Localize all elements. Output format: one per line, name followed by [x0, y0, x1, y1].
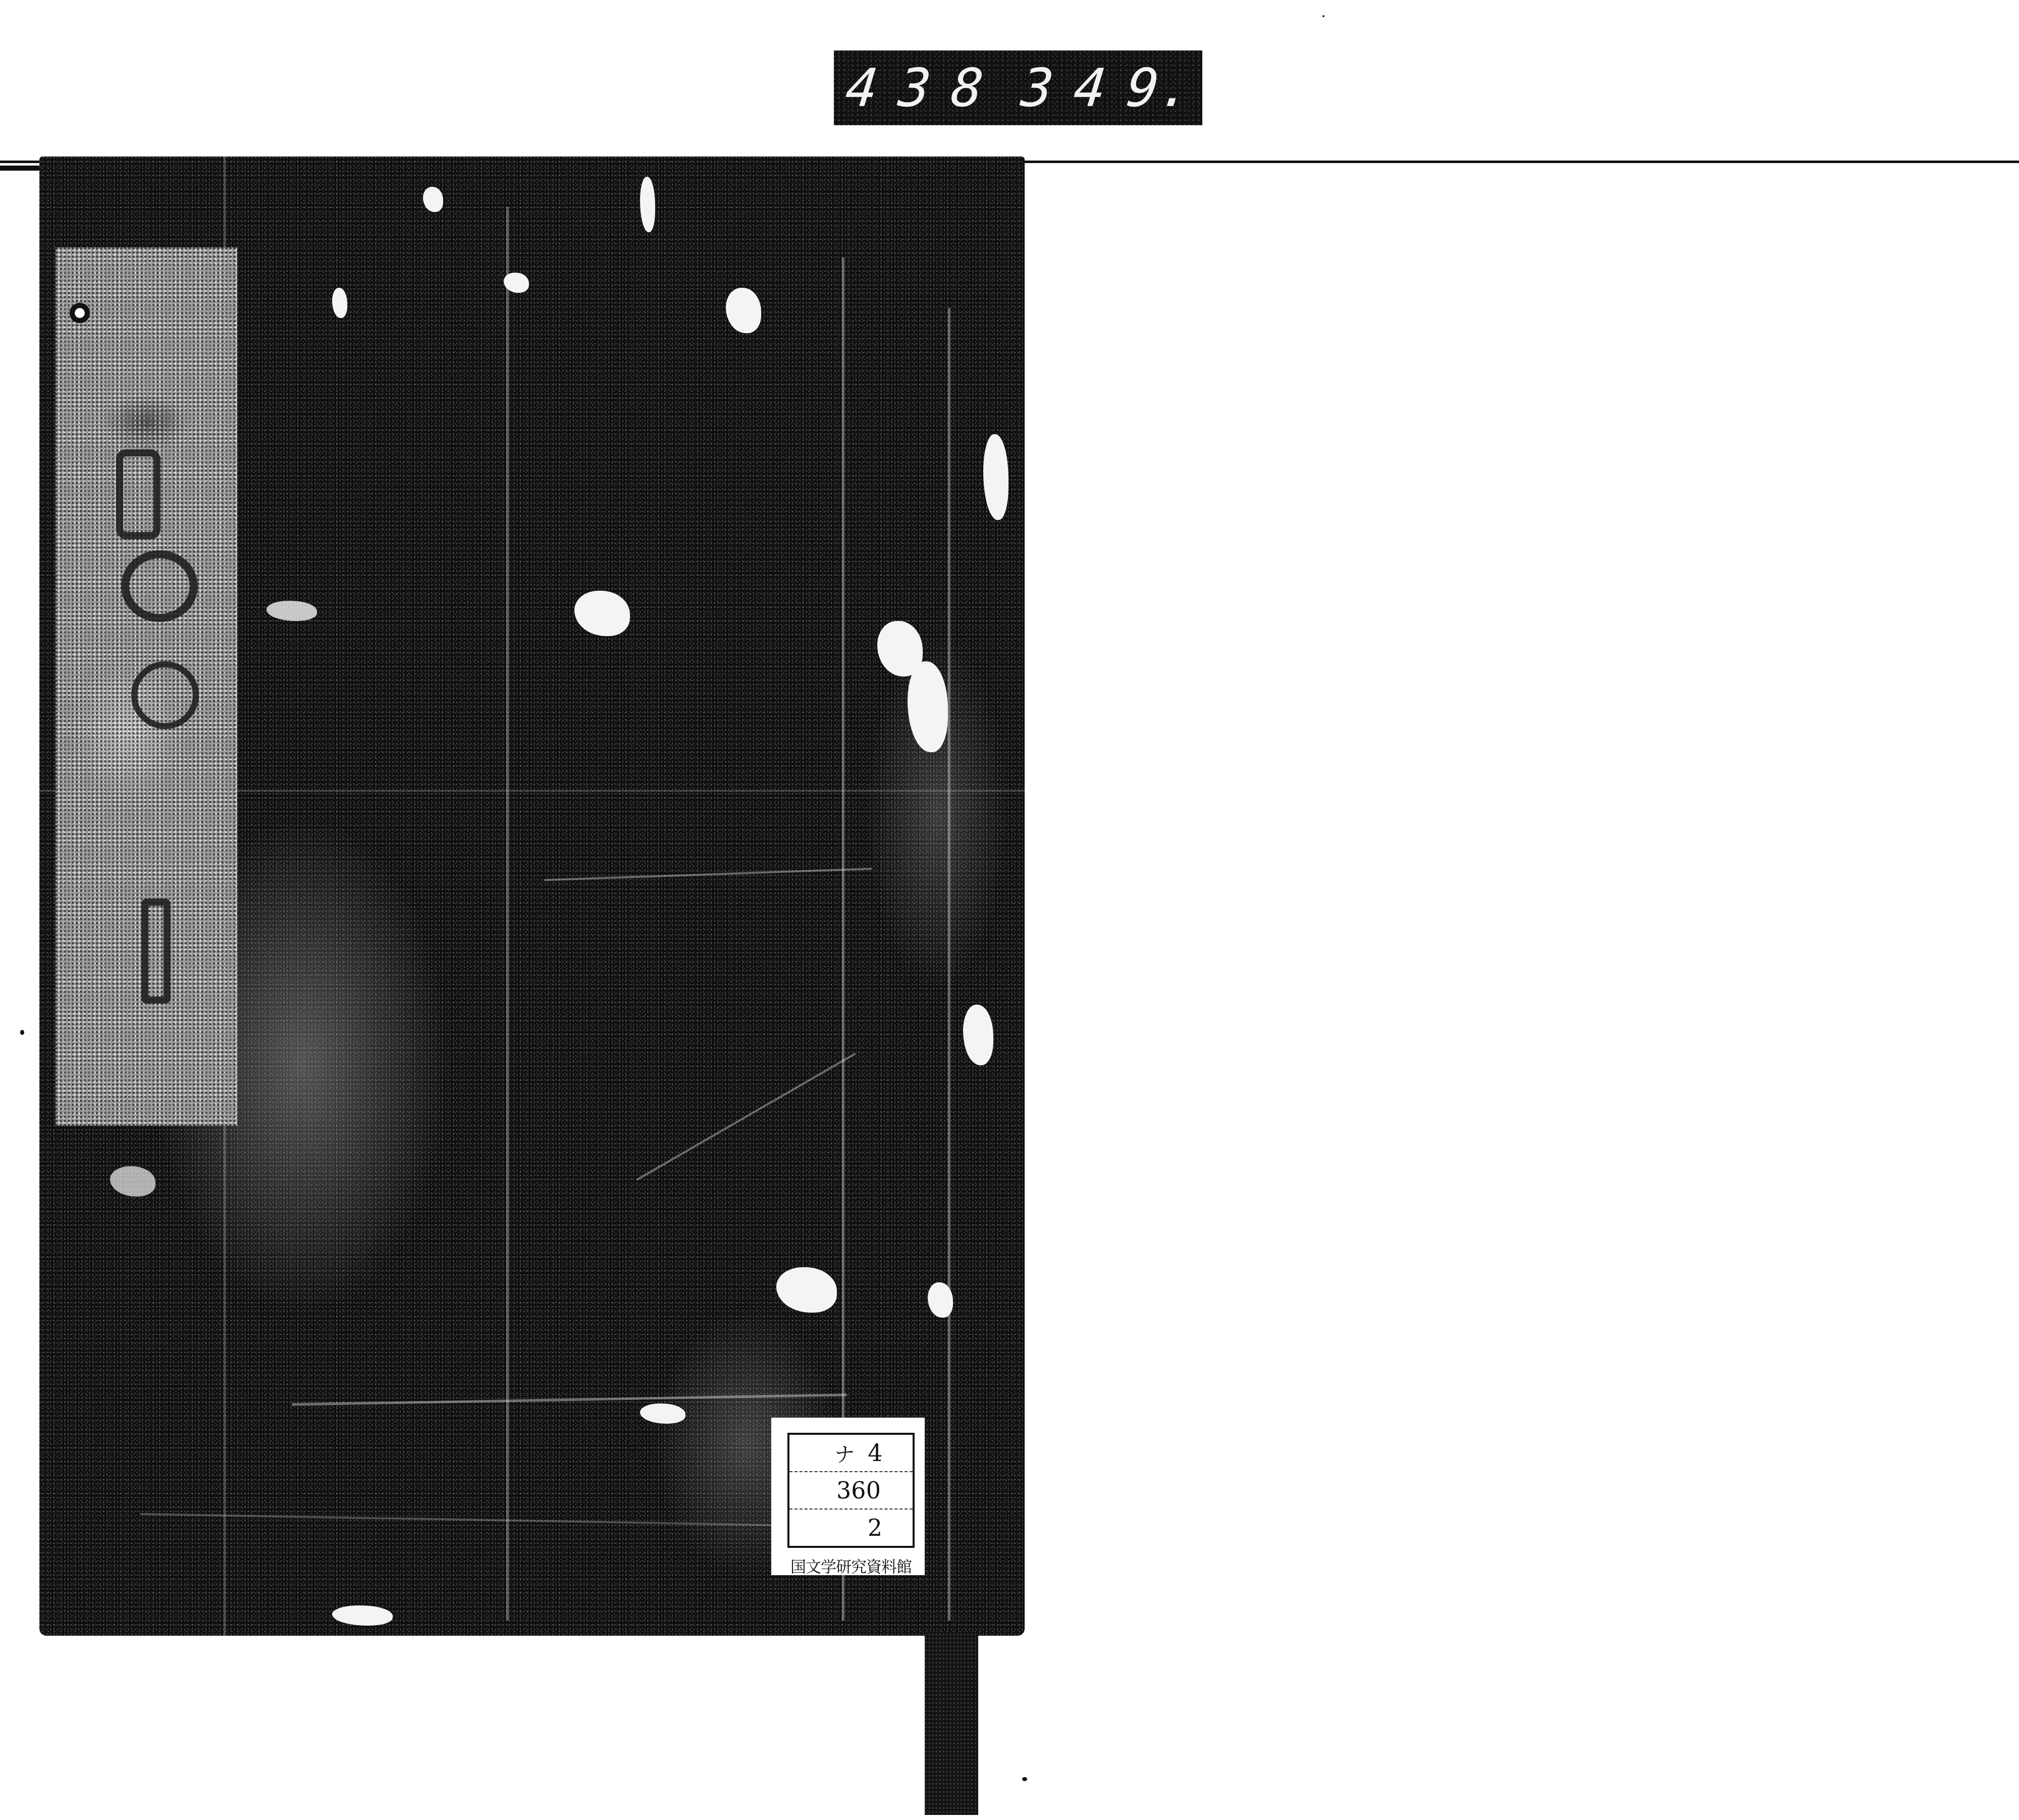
wear-spot	[110, 1166, 155, 1197]
counter-left-number: 4 3 8	[846, 62, 984, 114]
wear-spot	[726, 288, 761, 333]
wear-spot	[908, 661, 948, 752]
call-number-box: ナ 4 360 2	[787, 1433, 915, 1548]
wear-spot	[332, 1605, 393, 1626]
dust-speck	[1322, 15, 1324, 17]
bookmark-ribbon	[925, 1633, 978, 1815]
call-number-kana: ナ	[834, 1439, 855, 1468]
title-brushstroke	[116, 449, 161, 539]
wear-spot	[983, 434, 1008, 520]
counter-right-number: 3 4 9.	[1022, 62, 1192, 114]
wear-spot	[640, 1403, 685, 1424]
call-number-label: ナ 4 360 2 国文学研究資料館	[771, 1418, 925, 1575]
counter-digit: 4	[1072, 62, 1110, 114]
counter-digit: 8	[949, 62, 987, 114]
call-number-row: 360	[789, 1472, 913, 1510]
counter-digit: 4	[843, 62, 882, 114]
cover-crack	[636, 1053, 856, 1180]
title-brushstroke	[141, 899, 171, 1004]
dust-speck	[20, 1030, 24, 1035]
title-brushstroke	[121, 550, 198, 622]
call-number-value: 360	[836, 1477, 881, 1504]
dust-speck	[1022, 1777, 1027, 1781]
frame-counter: 4 3 8 3 4 9.	[834, 50, 1202, 125]
cover-crease	[506, 207, 509, 1621]
binding-tie	[70, 303, 90, 323]
wear-spot	[776, 1267, 837, 1313]
counter-digit: 9.	[1124, 62, 1195, 114]
institution-name: 国文学研究資料館	[787, 1554, 915, 1577]
title-slip	[56, 247, 237, 1126]
cover-crack	[544, 868, 872, 881]
scan-edge-rule-left	[0, 166, 40, 171]
wear-spot	[423, 187, 443, 212]
call-number-row: 2	[789, 1510, 913, 1546]
title-brushstroke	[131, 661, 199, 729]
cover-crease	[948, 308, 950, 1621]
wear-spot	[332, 288, 347, 318]
call-number-value: 4	[868, 1439, 882, 1467]
cover-crease	[842, 257, 844, 1621]
wear-spot	[574, 591, 630, 636]
wear-spot	[267, 601, 317, 621]
counter-digit: 3	[896, 62, 934, 114]
call-number-row: ナ 4	[789, 1435, 913, 1472]
counter-digit: 3	[1019, 62, 1057, 114]
wear-spot	[928, 1282, 953, 1318]
cover-crack	[292, 1393, 847, 1406]
call-number-value: 2	[868, 1514, 882, 1541]
wear-spot	[640, 177, 655, 232]
wear-spot	[963, 1005, 993, 1065]
book-cover	[39, 157, 1025, 1636]
